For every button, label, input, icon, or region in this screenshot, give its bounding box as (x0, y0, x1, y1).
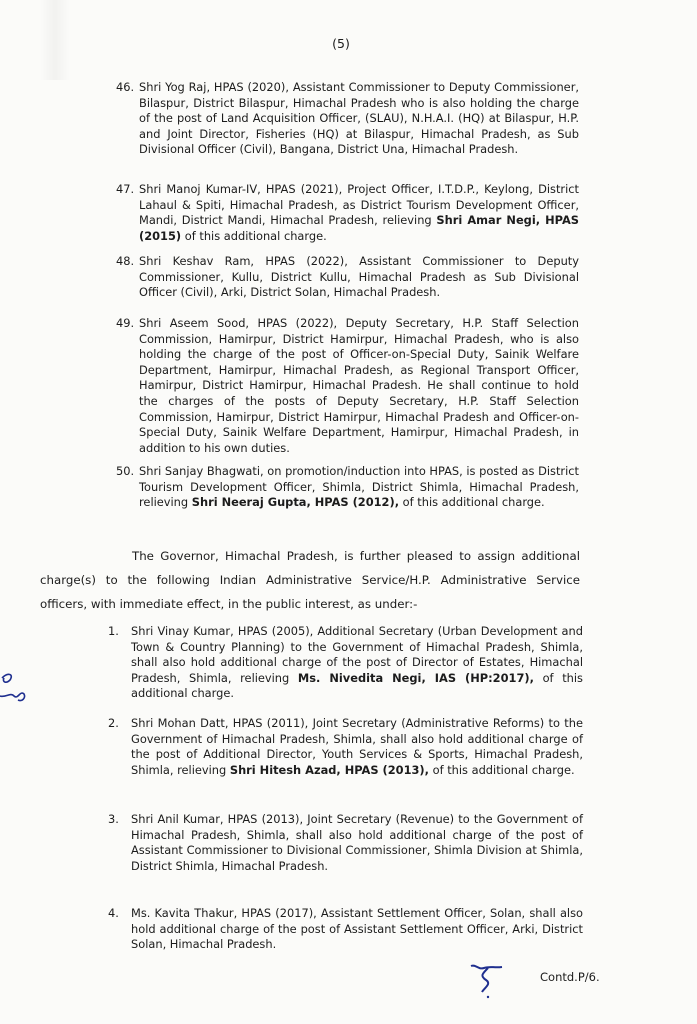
item-text: Shri Keshav Ram, HPAS (2022), Assistant … (139, 254, 579, 301)
signature-initials-icon (468, 960, 508, 1000)
item-text: Shri Yog Raj, HPAS (2020), Assistant Com… (139, 80, 579, 158)
additional-charge-item-3: 3. Shri Anil Kumar, HPAS (2013), Joint S… (108, 812, 583, 874)
item-text: Shri Mohan Datt, HPAS (2011), Joint Secr… (131, 716, 583, 778)
item-text: Ms. Kavita Thakur, HPAS (2017), Assistan… (131, 906, 583, 953)
item-text: Shri Sanjay Bhagwati, on promotion/induc… (139, 464, 579, 511)
additional-charge-item-4: 4. Ms. Kavita Thakur, HPAS (2017), Assis… (108, 906, 583, 953)
relieved-officer: Ms. Nivedita Negi, IAS (HP:2017), (298, 671, 534, 685)
item-number: 1. (108, 624, 119, 640)
item-text: Shri Vinay Kumar, HPAS (2005), Additiona… (131, 624, 583, 702)
item-number: 2. (108, 716, 119, 732)
continued-label: Contd.P/6. (540, 970, 600, 984)
item-number: 49. (116, 316, 134, 332)
posting-item-48: 48. Shri Keshav Ram, HPAS (2022), Assist… (116, 254, 579, 301)
posting-item-46: 46. Shri Yog Raj, HPAS (2020), Assistant… (116, 80, 579, 158)
item-number: 3. (108, 812, 119, 828)
posting-item-49: 49. Shri Aseem Sood, HPAS (2022), Deputy… (116, 316, 579, 456)
additional-charge-item-2: 2. Shri Mohan Datt, HPAS (2011), Joint S… (108, 716, 583, 778)
item-text: Shri Anil Kumar, HPAS (2013), Joint Secr… (131, 812, 583, 874)
item-number: 48. (116, 254, 134, 270)
posting-item-47: 47. Shri Manoj Kumar-IV, HPAS (2021), Pr… (116, 182, 579, 244)
relieved-officer: Shri Neeraj Gupta, HPAS (2012), (192, 495, 399, 509)
relieved-officer: Shri Hitesh Azad, HPAS (2013), (230, 763, 429, 777)
item-number: 47. (116, 182, 134, 198)
item-number: 50. (116, 464, 134, 480)
item-text: Shri Manoj Kumar-IV, HPAS (2021), Projec… (139, 182, 579, 244)
handwritten-margin-mark-icon (0, 666, 30, 706)
scan-shadow (40, 0, 70, 80)
item-number: 46. (116, 80, 134, 96)
item-text: Shri Aseem Sood, HPAS (2022), Deputy Sec… (139, 316, 579, 456)
posting-item-50: 50. Shri Sanjay Bhagwati, on promotion/i… (116, 464, 579, 511)
page-number: (5) (326, 36, 356, 51)
additional-charge-item-1: 1. Shri Vinay Kumar, HPAS (2005), Additi… (108, 624, 583, 702)
governor-paragraph: The Governor, Himachal Pradesh, is furth… (40, 544, 580, 616)
item-number: 4. (108, 906, 119, 922)
